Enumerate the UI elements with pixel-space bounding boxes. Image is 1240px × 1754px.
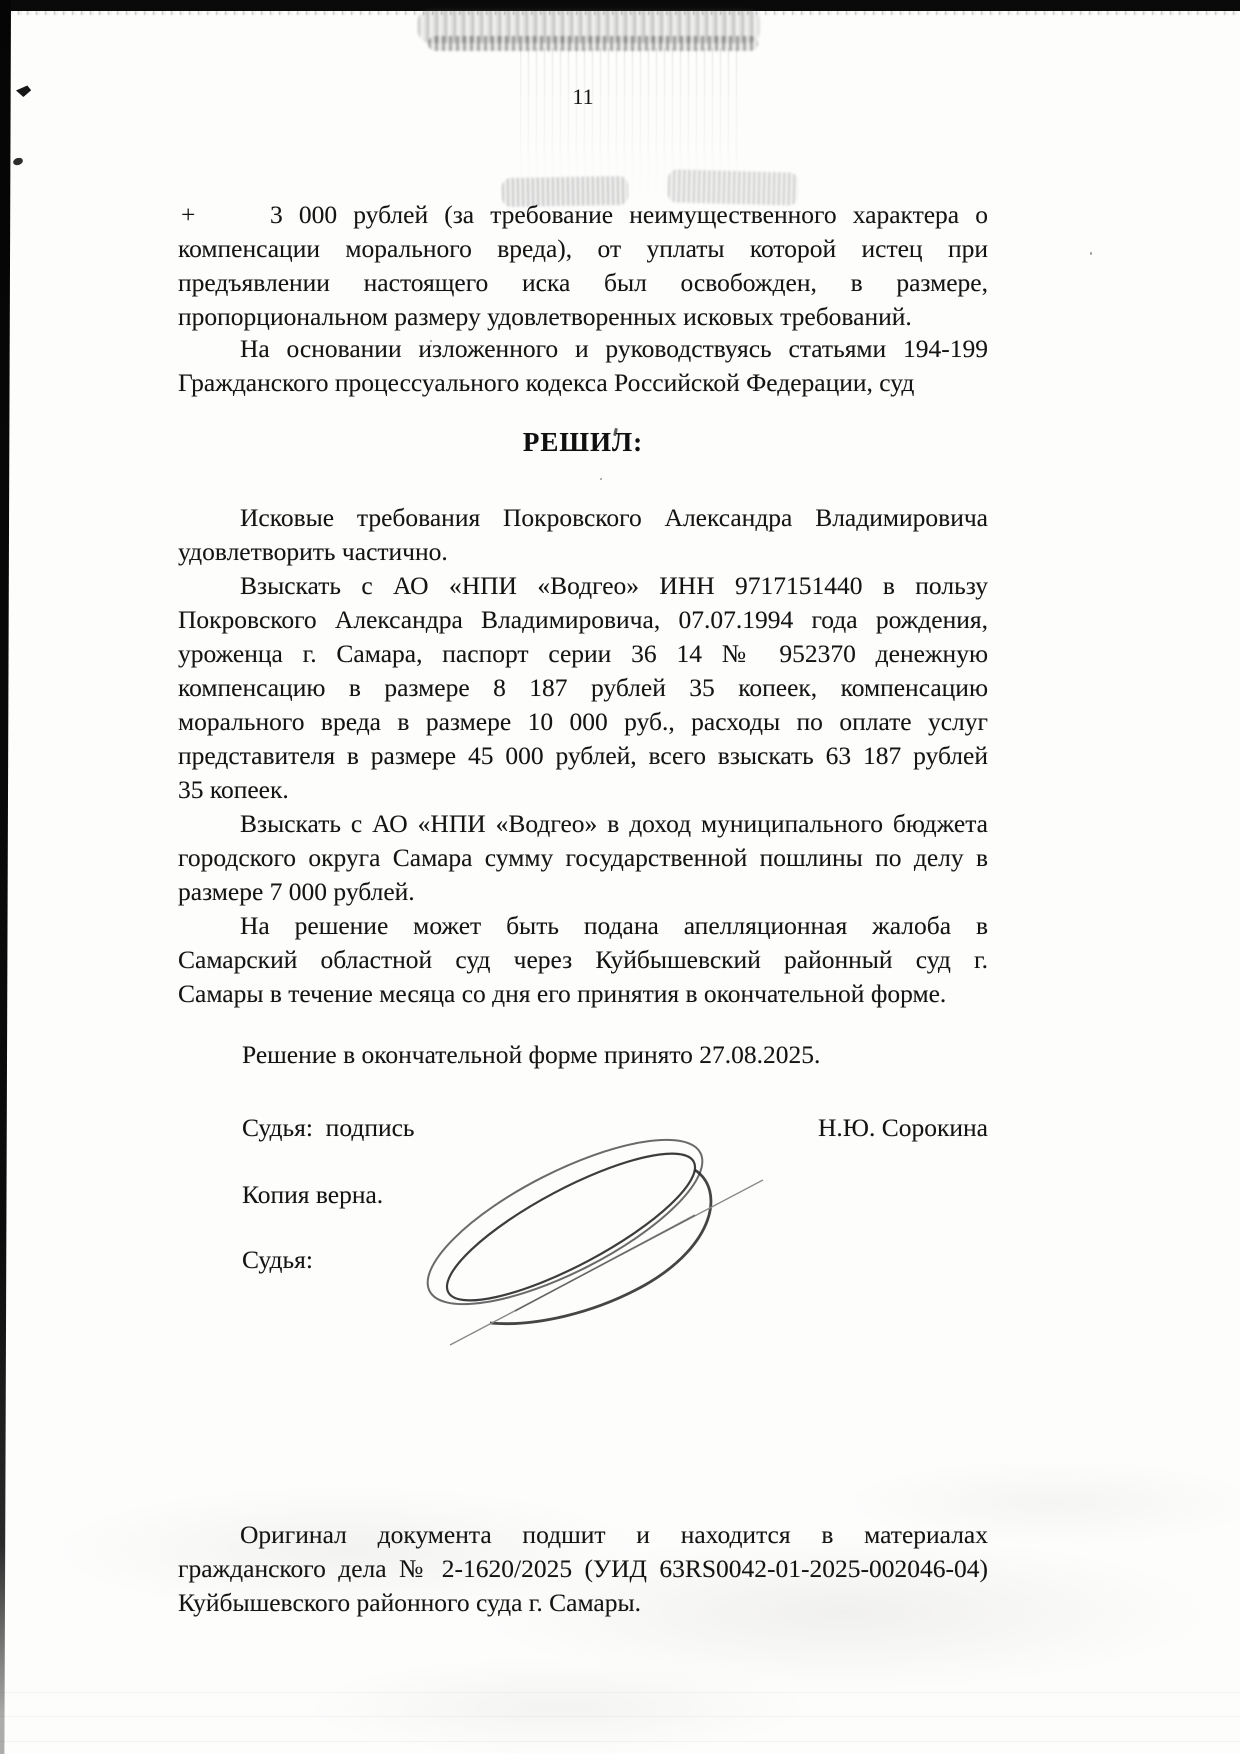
text-line: На основании изложенного и руководствуяс… [178,332,988,366]
page-number: 11 [178,84,988,110]
paragraph-claims-partially-satisfied: Исковые требования Покровского Александр… [178,501,988,569]
scan-speck [600,478,602,480]
scanned-court-document-page: { "document": { "page_number": "11", "pl… [0,0,1240,1754]
text-line: Взыскать с АО «НПИ «Водгео» в доход муни… [178,807,988,841]
text-line: Оригинал документа подшит и находится в … [178,1518,988,1552]
text-line: Взыскать с АО «НПИ «Водгео» ИНН 97171514… [178,569,988,603]
text-line: Исковые требования Покровского Александр… [178,501,988,535]
text-line: компенсации морального вреда), от уплаты… [178,232,988,266]
scan-streak-line [0,1741,1240,1742]
text-line: Самарский областной суд через Куйбышевск… [178,943,988,977]
footer-original-document-note: Оригинал документа подшит и находится в … [178,1518,988,1620]
scan-streak-line [0,1716,1240,1717]
scan-speck [1090,252,1092,255]
text-line: На решение может быть подана апелляционн… [178,909,988,943]
text-line: пропорциональном размеру удовлетворенных… [178,300,988,334]
handwritten-signature-scribble [395,1115,795,1360]
text-line: предъявлении настоящего иска был освобож… [178,266,988,300]
paragraph-recover-compensation: Взыскать с АО «НПИ «Водгео» ИНН 97171514… [178,569,988,807]
judge-signed-label: Судья: подпись [242,1111,415,1145]
text-line: компенсацию в размере 8 187 рублей 35 ко… [178,671,988,705]
text-line: гражданского дела № 2-1620/2025 (УИД 63R… [178,1552,988,1586]
text-line: 3 000 рублей (за требование неимуществен… [178,198,988,232]
judge-blank-label: Судья: [242,1243,313,1277]
text-line: Самары в течение месяца со дня его приня… [178,977,988,1011]
text-line: удовлетворить частично. [178,535,988,569]
scan-streak-line [0,1692,1240,1693]
paragraph-appeal-rights: На решение может быть подана апелляционн… [178,909,988,1011]
text-line: уроженца г. Самара, паспорт серии 36 14 … [178,637,988,671]
text-line: размере 7 000 рублей. [178,875,988,909]
text-line: представителя в размере 45 000 рублей, в… [178,739,988,773]
text-line: Гражданского процессуального кодекса Рос… [178,366,988,400]
paragraph-legal-basis: На основании изложенного и руководствуяс… [178,332,988,400]
text-line: Куйбышевского районного суда г. Самары. [178,1586,988,1620]
final-form-date-line: Решение в окончательной форме принято 27… [242,1038,820,1072]
text-line: 35 копеек. [178,773,988,807]
paragraph-recover-state-duty: Взыскать с АО «НПИ «Водгео» в доход муни… [178,807,988,909]
text-line: городского округа Самара сумму государст… [178,841,988,875]
copy-certification-label: Копия верна. [242,1178,383,1212]
resolution-heading: РЕШИЛ: [178,427,988,458]
judge-name: Н.Ю. Сорокина [818,1111,988,1145]
text-line: морального вреда в размере 10 000 руб., … [178,705,988,739]
text-line: Покровского Александра Владимировича, 07… [178,603,988,637]
edge-artifact-dot [12,157,24,167]
paragraph-state-fee: 3 000 рублей (за требование неимуществен… [178,198,988,334]
edge-artifact-mark [15,84,32,98]
